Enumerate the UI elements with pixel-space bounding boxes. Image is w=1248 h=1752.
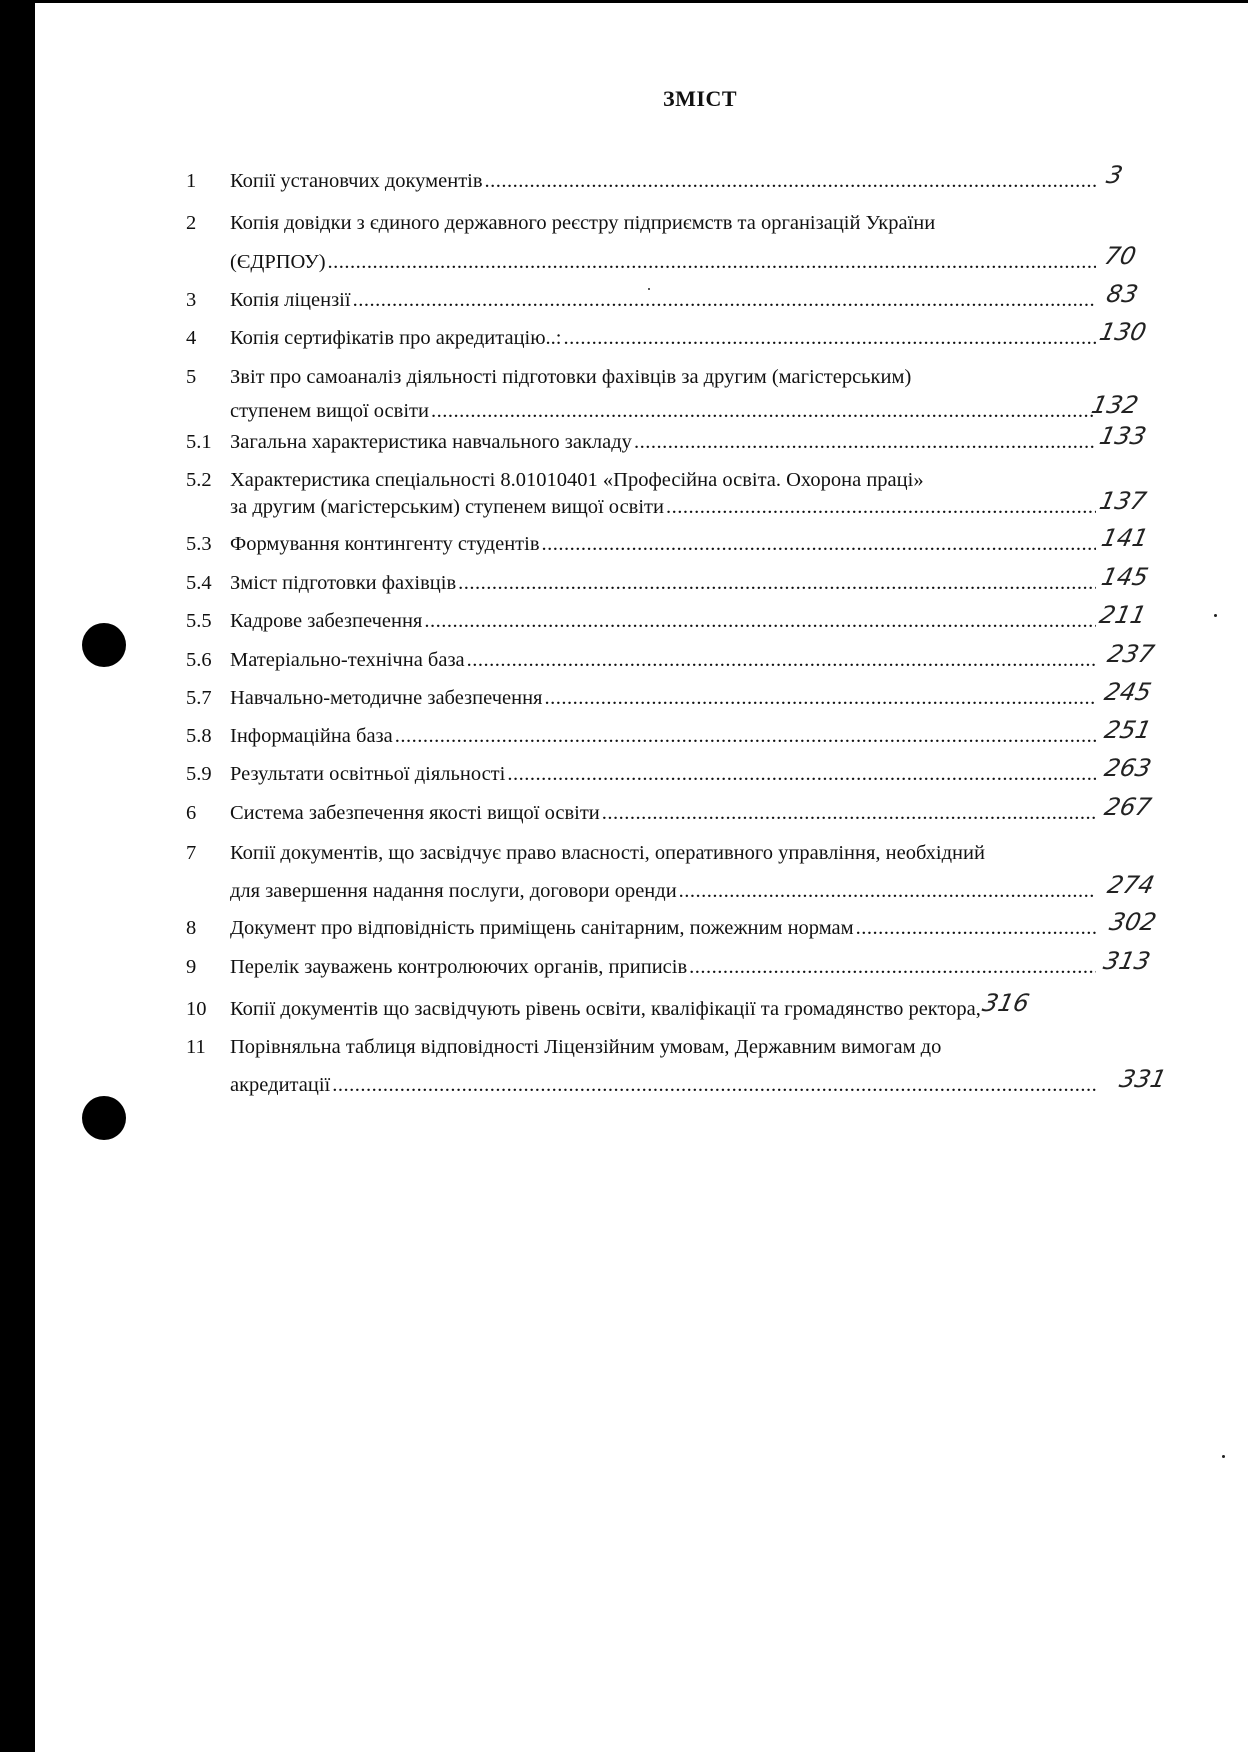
toc-entry-number: 11	[186, 1033, 206, 1061]
toc-entry-continuation: (ЄДРПОУ)................................…	[0, 248, 1248, 276]
handwritten-page-number: 70	[1102, 242, 1138, 270]
punch-hole-lower	[82, 1096, 126, 1140]
toc-entry-title: (ЄДРПОУ)	[230, 248, 326, 276]
toc-entry-title: Навчально-методичне забезпечення	[230, 684, 543, 712]
toc-entry-title: Перелік зауважень контролюючих органів, …	[230, 953, 687, 981]
dot-leader: ........................................…	[689, 953, 1096, 981]
toc-entry-title: Документ про відповідність приміщень сан…	[230, 914, 854, 942]
toc-entry-line: 2Копія довідки з єдиного державного реєс…	[0, 209, 1248, 237]
dot-leader: ........................................…	[634, 428, 1096, 456]
toc-entry-title: Копія довідки з єдиного державного реєст…	[230, 209, 935, 237]
dot-leader: ........................................…	[424, 607, 1096, 635]
dot-leader: ........................................…	[602, 799, 1096, 827]
dot-leader: ........................................…	[542, 530, 1096, 558]
handwritten-page-number: 3	[1104, 161, 1125, 189]
handwritten-page-number: 313	[1101, 947, 1153, 975]
handwritten-page-number: 211	[1097, 601, 1149, 629]
toc-entry-line: 5Звіт про самоаналіз діяльності підготов…	[0, 363, 1248, 391]
toc-entry-line: 5.7Навчально-методичне забезпечення.....…	[0, 684, 1248, 712]
toc-entry-number: 5.2	[186, 466, 212, 494]
toc-entry-number: 5.6	[186, 646, 212, 674]
toc-entry-number: 5	[186, 363, 196, 391]
toc-entry-title: за другим (магістерським) ступенем вищої…	[230, 493, 664, 521]
toc-entry-title: Копії документів, що засвідчує право вла…	[230, 839, 985, 867]
dot-leader: ........................................…	[507, 760, 1096, 788]
dot-leader: ........................................…	[545, 684, 1097, 712]
dot-leader: ........................................…	[395, 722, 1096, 750]
toc-entry-title: Копія сертифікатів про акредитацію..:	[230, 324, 562, 352]
toc-entry-line: 11Порівняльна таблиця відповідності Ліце…	[0, 1033, 1248, 1061]
page-title: ЗМІСТ	[0, 86, 1248, 112]
toc-entry-title: Копія ліцензії	[230, 286, 351, 314]
handwritten-page-number: 137	[1097, 487, 1149, 515]
dot-leader: ........................................…	[485, 167, 1096, 195]
toc-entry-number: 5.4	[186, 569, 212, 597]
toc-entry-title: для завершення надання послуги, договори…	[230, 877, 677, 905]
toc-entry-number: 5.9	[186, 760, 212, 788]
scan-speck	[1222, 1455, 1225, 1458]
toc-entry-number: 1	[186, 167, 196, 195]
toc-entry-title: Результати освітньої діяльності	[230, 760, 505, 788]
toc-entry-number: 10	[186, 995, 207, 1023]
toc-entry-title: Копії установчих документів	[230, 167, 483, 195]
toc-entry-number: 8	[186, 914, 196, 942]
toc-entry-number: 2	[186, 209, 196, 237]
handwritten-page-number: 145	[1099, 563, 1151, 591]
dot-leader: ........................................…	[431, 397, 1096, 425]
handwritten-page-number: 245	[1102, 678, 1154, 706]
toc-entry-line: 3Копія ліцензії.........................…	[0, 286, 1248, 314]
toc-entry-title: Загальна характеристика навчального закл…	[230, 428, 632, 456]
toc-entry-continuation: для завершення надання послуги, договори…	[0, 877, 1248, 905]
handwritten-page-number: 83	[1104, 280, 1140, 308]
toc-entry-title: акредитації	[230, 1071, 330, 1099]
toc-entry-line: 4Копія сертифікатів про акредитацію..:..…	[0, 324, 1248, 352]
dot-leader: ........................................…	[458, 569, 1096, 597]
toc-entry-line: 7Копії документів, що засвідчує право вл…	[0, 839, 1248, 867]
dot-leader: ........................................…	[679, 877, 1096, 905]
toc-entry-number: 7	[186, 839, 196, 867]
toc-entry-line: 5.1Загальна характеристика навчального з…	[0, 428, 1248, 456]
toc-entry-title: Зміст підготовки фахівців	[230, 569, 456, 597]
toc-entry-line: 6Система забезпечення якості вищої освіт…	[0, 799, 1248, 827]
toc-entry-number: 5.3	[186, 530, 212, 558]
handwritten-page-number: 132	[1089, 391, 1141, 419]
handwritten-page-number: 141	[1099, 524, 1151, 552]
toc-entry-line: 5.5Кадрове забезпечення.................…	[0, 607, 1248, 635]
toc-entry-line: 1Копії установчих документів............…	[0, 167, 1248, 195]
toc-entry-line: 5.4Зміст підготовки фахівців............…	[0, 569, 1248, 597]
dot-leader: ........................................…	[564, 324, 1096, 352]
handwritten-page-number: 130	[1097, 318, 1149, 346]
toc-entry-number: 5.5	[186, 607, 212, 635]
toc-entry-title: Матеріально-технічна база	[230, 646, 465, 674]
toc-entry-line: 5.6Матеріально-технічна база............…	[0, 646, 1248, 674]
toc-entry-line: 9Перелік зауважень контролюючих органів,…	[0, 953, 1248, 981]
dot-leader: ........................................…	[856, 914, 1096, 942]
toc-entry-line: 8Документ про відповідність приміщень са…	[0, 914, 1248, 942]
handwritten-page-number: 263	[1102, 754, 1154, 782]
dot-leader: ........................................…	[666, 493, 1096, 521]
toc-entry-title: Інформаційна база	[230, 722, 393, 750]
handwritten-page-number: 274	[1105, 871, 1157, 899]
handwritten-page-number: 251	[1102, 716, 1154, 744]
toc-entry-line: 5.8Інформаційна база....................…	[0, 722, 1248, 750]
handwritten-page-number: 302	[1107, 908, 1159, 936]
toc-entry-continuation: акредитації.............................…	[0, 1071, 1248, 1099]
handwritten-page-number: 133	[1097, 422, 1149, 450]
handwritten-page-number: 331	[1117, 1065, 1169, 1093]
toc-entry-continuation: за другим (магістерським) ступенем вищої…	[0, 493, 1248, 521]
toc-entry-line: 5.3Формування контингенту студентів ....…	[0, 530, 1248, 558]
toc-entry-number: 5.8	[186, 722, 212, 750]
handwritten-page-number: 237	[1105, 640, 1157, 668]
toc-entry-line: 5.2Характеристика спеціальності 8.010104…	[0, 466, 1248, 494]
toc-entry-line: 10Копії документів що засвідчують рівень…	[0, 995, 1248, 1023]
handwritten-page-number: 316	[980, 989, 1032, 1017]
toc-entry-title: Порівняльна таблиця відповідності Ліценз…	[230, 1033, 941, 1061]
dot-leader: ........................................…	[332, 1071, 1096, 1099]
toc-entry-title: Характеристика спеціальності 8.01010401 …	[230, 466, 924, 494]
dot-leader: ........................................…	[328, 248, 1096, 276]
toc-entry-number: 3	[186, 286, 196, 314]
toc-entry-continuation: ступенем вищої освіти...................…	[0, 397, 1248, 425]
toc-entry-number: 5.7	[186, 684, 212, 712]
toc-entry-title: Формування контингенту студентів	[230, 530, 540, 558]
toc-entry-title: Копії документів що засвідчують рівень о…	[230, 995, 981, 1023]
toc-entry-title: ступенем вищої освіти	[230, 397, 429, 425]
toc-entry-number: 5.1	[186, 428, 212, 456]
toc-entry-title: Система забезпечення якості вищої освіти	[230, 799, 600, 827]
handwritten-page-number: 267	[1102, 793, 1154, 821]
dot-leader: ........................................…	[353, 286, 1096, 314]
toc-entry-number: 6	[186, 799, 196, 827]
scan-top-border	[0, 0, 1248, 3]
toc-entry-number: 4	[186, 324, 196, 352]
toc-entry-line: 5.9Результати освітньої діяльності......…	[0, 760, 1248, 788]
dot-leader: ........................................…	[467, 646, 1096, 674]
toc-entry-title: Звіт про самоаналіз діяльності підготовк…	[230, 363, 911, 391]
toc-entry-number: 9	[186, 953, 196, 981]
toc-entry-title: Кадрове забезпечення	[230, 607, 422, 635]
